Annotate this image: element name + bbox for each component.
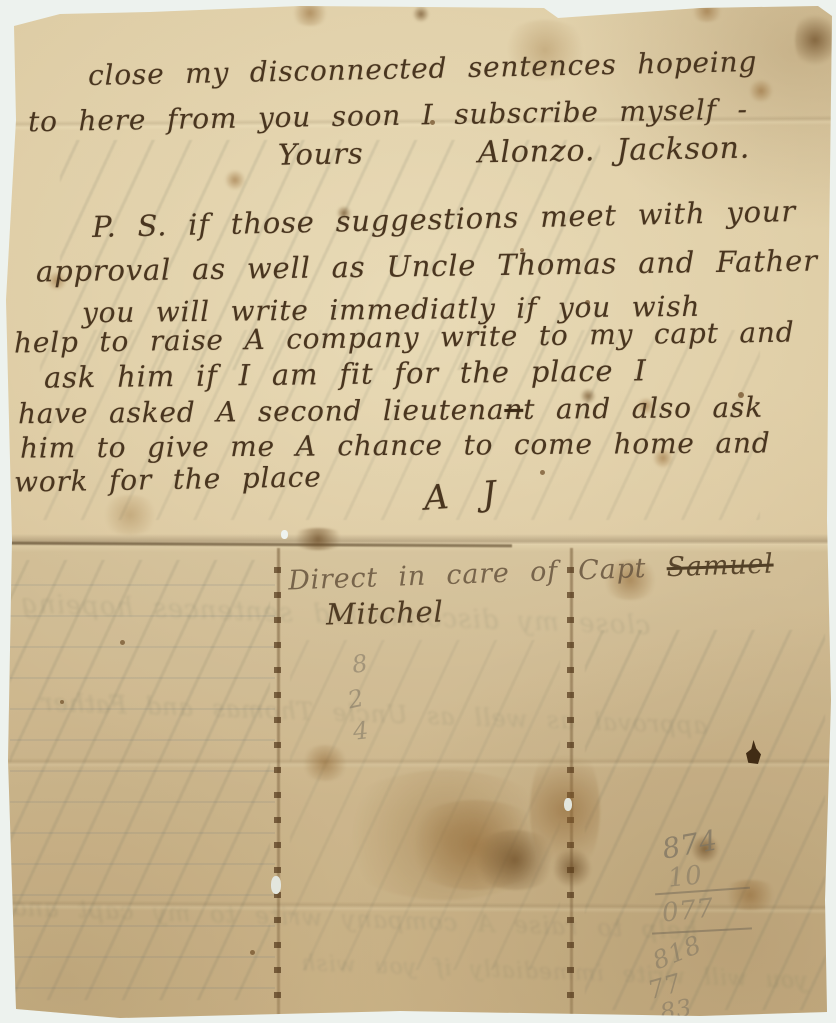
postscript-line: work for the place xyxy=(14,460,322,498)
postscript-line-lieutenant: have asked A second lieutenant and also … xyxy=(18,391,763,430)
lieutenant-pre: have asked A second lieutena xyxy=(18,393,505,430)
lower-panel-shading xyxy=(0,545,836,1023)
stain xyxy=(224,170,246,190)
signature-valediction: Yours xyxy=(278,136,364,171)
postscript-line: him to give me A chance to come home and xyxy=(20,426,771,464)
stain xyxy=(100,495,160,535)
signature-name: Alonzo. Jackson. xyxy=(478,131,751,171)
speck xyxy=(540,470,545,475)
letter-line: close my disconnected sentences hopeing xyxy=(88,45,758,92)
paper-sheet: close my disconnected sentences hopeing … xyxy=(0,0,836,1023)
letter-scan: close my disconnected sentences hopeing … xyxy=(0,0,836,1023)
lieutenant-post: t and also ask xyxy=(523,391,763,426)
stain xyxy=(690,0,724,22)
lieutenant-strikeout: n xyxy=(504,393,523,426)
letter-line: to here from you soon I subscribe myself… xyxy=(28,93,748,139)
stain xyxy=(795,10,835,70)
stain xyxy=(290,0,330,26)
stain xyxy=(412,6,430,22)
initials: A J xyxy=(423,473,504,518)
paper-tear xyxy=(281,530,288,539)
stain xyxy=(748,80,774,102)
